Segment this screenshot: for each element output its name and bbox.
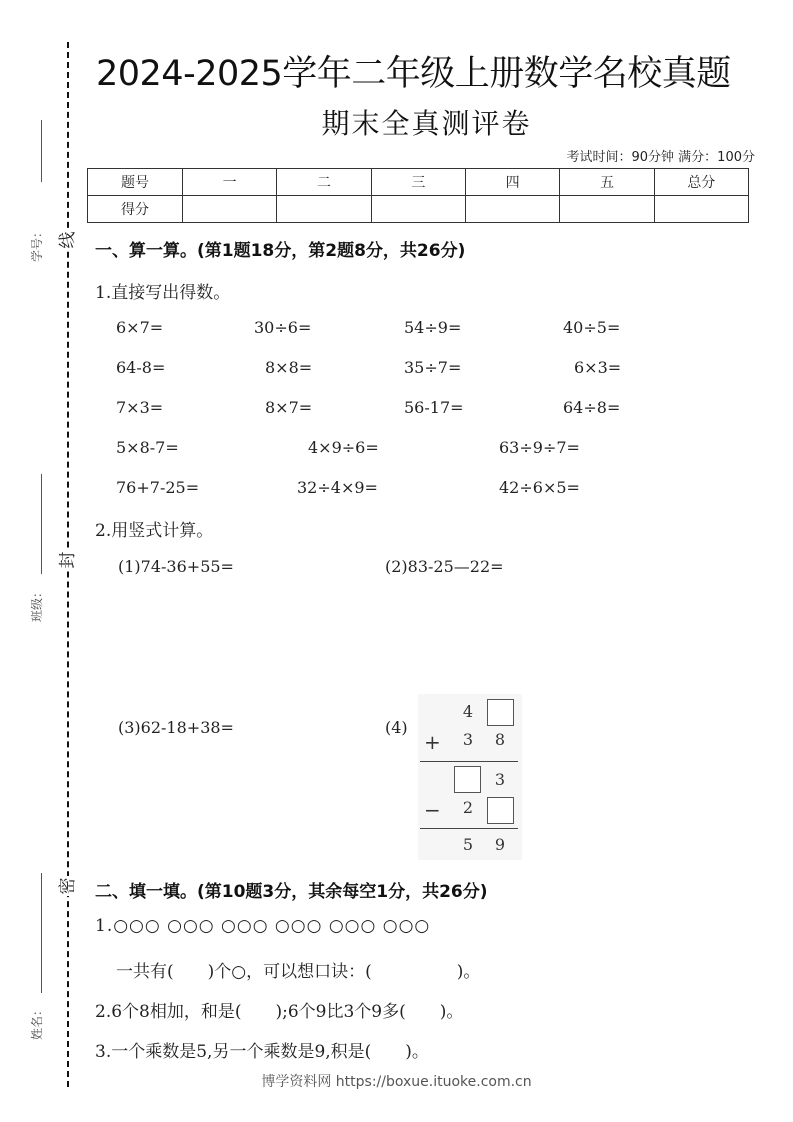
score-table: 题号 一 二 三 四 五 总分 得分 — [87, 168, 749, 223]
seal-char-mi: 密 — [58, 876, 78, 896]
calc-item: 64÷8= — [563, 398, 620, 417]
score-header-cell: 总分 — [654, 169, 748, 196]
digit: 9 — [491, 835, 509, 854]
calc-item: 8×8= — [265, 358, 312, 377]
score-header-cell: 一 — [183, 169, 277, 196]
page-subtitle: 期末全真测评卷 — [0, 102, 793, 142]
calc-item: 35÷7= — [404, 358, 461, 377]
minus-sign: − — [424, 798, 441, 822]
answer-box[interactable] — [487, 797, 514, 824]
score-table-score-row: 得分 — [88, 196, 749, 223]
section2-heading: 二、填一填。(第10题3分，其余每空1分，共26分) — [95, 877, 488, 902]
score-cell[interactable] — [371, 196, 465, 223]
section1-heading: 一、算一算。(第1题18分，第2题8分，共26分) — [95, 236, 465, 261]
calc-item: 8×7= — [265, 398, 312, 417]
calc-item: 63÷9÷7= — [499, 438, 580, 457]
exam-info: 考试时间：90分钟 满分：100分 — [567, 146, 756, 165]
calc-item: 6×3= — [574, 358, 621, 377]
footer-watermark: 博学资料网 https://boxue.ituoke.com.cn — [0, 1071, 793, 1091]
calc-item: 4×9÷6= — [308, 438, 379, 457]
calc-item: 42÷6×5= — [499, 478, 580, 497]
calc-item: 6×7= — [116, 318, 163, 337]
calc-item: 30÷6= — [254, 318, 311, 337]
section2-q3: 3.一个乘数是5,另一个乘数是9,积是( )。 — [95, 1037, 429, 1062]
score-cell[interactable] — [183, 196, 277, 223]
calc-item: 56-17= — [404, 398, 464, 417]
plus-sign: + — [424, 730, 441, 754]
score-table-header-row: 题号 一 二 三 四 五 总分 — [88, 169, 749, 196]
digit: 3 — [491, 770, 509, 789]
calc-item: 64-8= — [116, 358, 165, 377]
score-header-cell: 二 — [277, 169, 371, 196]
section2-q1-circles: 1.○○○ ○○○ ○○○ ○○○ ○○○ ○○○ — [95, 916, 430, 936]
student-id-label: 学号： — [28, 226, 45, 262]
digit: 2 — [459, 798, 477, 817]
calc-item: 32÷4×9= — [297, 478, 378, 497]
vertical-calc-item: (2)83-25—22= — [385, 557, 504, 576]
calc-item: 54÷9= — [404, 318, 461, 337]
sum-line — [420, 761, 518, 762]
answer-box[interactable] — [487, 699, 514, 726]
class-underline — [41, 474, 42, 574]
vertical-calc-item: (4) — [385, 718, 408, 737]
difference-line — [420, 828, 518, 829]
score-row-label: 得分 — [88, 196, 183, 223]
digit: 4 — [459, 702, 477, 721]
score-cell[interactable] — [560, 196, 654, 223]
score-header-cell: 题号 — [88, 169, 183, 196]
vertical-calc-figure: 4 + 3 8 3 − 2 5 9 — [418, 694, 522, 860]
vertical-calc-item: (1)74-36+55= — [118, 557, 234, 576]
score-cell[interactable] — [654, 196, 748, 223]
name-underline — [41, 873, 42, 993]
page-title: 2024-2025学年二年级上册数学名校真题 — [96, 46, 731, 96]
calc-item: 5×8-7= — [116, 438, 179, 457]
section1-q2-label: 2.用竖式计算。 — [95, 516, 213, 541]
vertical-calc-item: (3)62-18+38= — [118, 718, 234, 737]
seal-char-feng: 封 — [58, 550, 78, 570]
digit: 5 — [459, 835, 477, 854]
score-header-cell: 五 — [560, 169, 654, 196]
section1-q1-label: 1.直接写出得数。 — [95, 278, 230, 303]
seal-char-xian: 线 — [58, 230, 78, 250]
score-header-cell: 四 — [465, 169, 559, 196]
digit: 3 — [459, 730, 477, 749]
calc-item: 7×3= — [116, 398, 163, 417]
name-label: 姓名： — [28, 1004, 45, 1040]
class-label: 班级： — [28, 586, 45, 622]
score-cell[interactable] — [465, 196, 559, 223]
score-header-cell: 三 — [371, 169, 465, 196]
section2-q1-question: 一共有( )个○，可以想口诀：( )。 — [116, 957, 480, 982]
digit: 8 — [491, 730, 509, 749]
section2-q2: 2.6个8相加，和是( );6个9比3个9多( )。 — [95, 997, 463, 1022]
answer-box[interactable] — [454, 766, 481, 793]
calc-item: 76+7-25= — [116, 478, 199, 497]
score-cell[interactable] — [277, 196, 371, 223]
calc-item: 40÷5= — [563, 318, 620, 337]
